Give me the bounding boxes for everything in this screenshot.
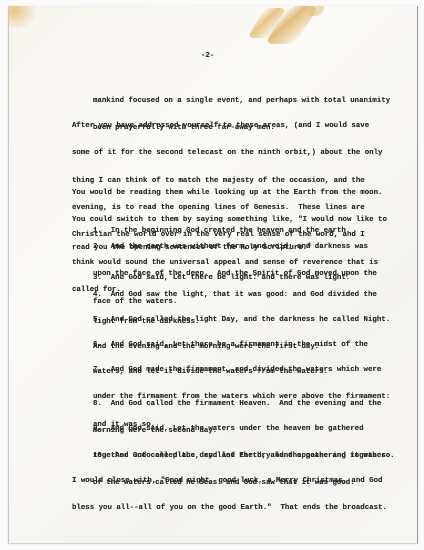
text-line: I would close with, "Good night, good lu… xyxy=(72,477,387,486)
text-line: 9. And God said, Let the waters under th… xyxy=(93,425,395,434)
text-line: some of it for the second telecast on th… xyxy=(72,149,382,158)
text-line: After you have addressed yourself to the… xyxy=(72,122,382,131)
paper-stain-top-middle-3 xyxy=(306,6,326,16)
paragraph-closing: I would close with, "Good night, good lu… xyxy=(72,459,387,523)
text-line: bless you all--all of you on the good Ea… xyxy=(72,504,387,513)
text-line: 7. And God made the firmament, and divid… xyxy=(93,366,390,375)
text-line: 2. And the earth was without form, and v… xyxy=(93,243,377,252)
page-number: -2- xyxy=(201,52,214,61)
text-line: You would be reading them while looking … xyxy=(72,189,387,198)
paper-stain-top-left xyxy=(9,6,35,28)
paper-stain-top-middle-2 xyxy=(264,6,320,44)
paper-stain-top-middle xyxy=(247,8,286,38)
